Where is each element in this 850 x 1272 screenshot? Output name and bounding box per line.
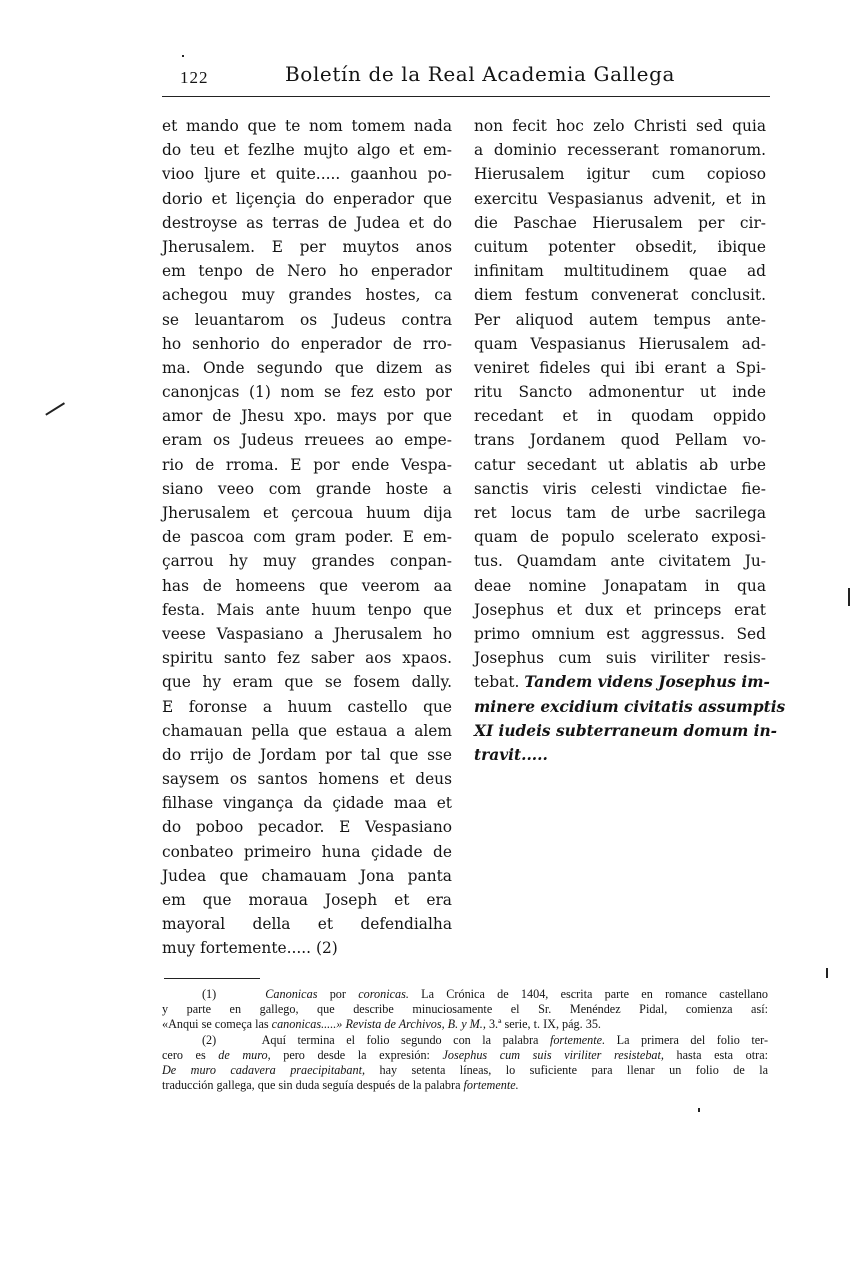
text-line: de pascoa com gram poder. E em- bbox=[162, 525, 452, 549]
footnote-1-line-1: (1) Canonicas por coronicas. La Crónica … bbox=[162, 987, 768, 1002]
text-line: mayoral della et defendialha bbox=[162, 912, 452, 936]
text-plain: hasta esta otra: bbox=[664, 1048, 768, 1062]
text-line: has de homeens que veerom aa bbox=[162, 574, 452, 598]
text-line: primo omnium est aggressus. Sed bbox=[474, 622, 766, 646]
page-header: 122 Boletín de la Real Academia Gallega bbox=[162, 62, 770, 92]
scan-mark bbox=[45, 402, 64, 415]
text-line-italic: XI iudeis subterraneum domum in- bbox=[474, 719, 766, 743]
text-line: veniret fideles qui ibi erant a Spi- bbox=[474, 356, 766, 380]
text-line: do rrijo de Jordam por tal que sse bbox=[162, 743, 452, 767]
text-line: Judea que chamauam Jona panta bbox=[162, 864, 452, 888]
text-line: exercitu Vespasianus advenit, et in bbox=[474, 187, 766, 211]
text-line: non fecit hoc zelo Christi sed quia bbox=[474, 114, 766, 138]
text-line: Josephus et dux et princeps erat bbox=[474, 598, 766, 622]
text-italic: Canonicas bbox=[265, 987, 317, 1001]
text-italic: De muro cadavera praecipitabant, bbox=[162, 1063, 365, 1077]
footnote-separator bbox=[164, 978, 260, 979]
text-line: se leuantarom os Judeus contra bbox=[162, 308, 452, 332]
text-plain: Aquí termina el folio segundo con la pal… bbox=[251, 1033, 550, 1047]
text-line: siano veeo com grande hoste a bbox=[162, 477, 452, 501]
text-line: vioo ljure et quite..... gaanhou po- bbox=[162, 162, 452, 186]
text-line: destroyse as terras de Judea et do bbox=[162, 211, 452, 235]
text-plain: La primera del folio ter- bbox=[605, 1033, 768, 1047]
text-line: recedant et in quodam oppido bbox=[474, 404, 766, 428]
text-line: E foronse a huum castello que bbox=[162, 695, 452, 719]
text-plain: por bbox=[317, 987, 358, 1001]
text-plain: cero es bbox=[162, 1048, 218, 1062]
text-line: festa. Mais ante huum tenpo que bbox=[162, 598, 452, 622]
right-column-latin-text: non fecit hoc zelo Christi sed quiaa dom… bbox=[474, 114, 766, 767]
text-line: em que moraua Joseph et era bbox=[162, 888, 452, 912]
footnote-1-line-2: y parte en gallego, que describe minucio… bbox=[162, 1002, 768, 1017]
scan-mark bbox=[826, 968, 828, 978]
text-line: spiritu santo fez saber aos xpaos. bbox=[162, 646, 452, 670]
text-line: ritu Sancto admonentur ut inde bbox=[474, 380, 766, 404]
text-plain: tebat. bbox=[474, 673, 524, 691]
text-line: deae nomine Jonapatam in qua bbox=[474, 574, 766, 598]
text-line: trans Jordanem quod Pellam vo- bbox=[474, 428, 766, 452]
document-page: 122 Boletín de la Real Academia Gallega … bbox=[0, 0, 850, 1272]
footnote-2-line-1: (2) Aquí termina el folio segundo con la… bbox=[162, 1033, 768, 1048]
text-line: quam de populo scelerato exposi- bbox=[474, 525, 766, 549]
footnote-marker: (1) bbox=[202, 987, 216, 1001]
text-line: a dominio recesserant romanorum. bbox=[474, 138, 766, 162]
text-line: muy fortemente..... (2) bbox=[162, 936, 452, 960]
text-line: Jherusalem. E per muytos anos bbox=[162, 235, 452, 259]
mixed-line: tebat. Tandem videns Josephus im- bbox=[474, 670, 766, 694]
text-line: et mando que te nom tomem nada bbox=[162, 114, 452, 138]
text-line: rio de rroma. E por ende Vespa- bbox=[162, 453, 452, 477]
text-italic: fortemente. bbox=[550, 1033, 605, 1047]
text-italic: fortemente. bbox=[464, 1078, 519, 1092]
text-italic: Revista de Archivos, B. y M., bbox=[342, 1017, 486, 1031]
text-plain: «Anqui se começa las bbox=[162, 1017, 272, 1031]
text-line: eram os Judeus rreuees ao empe- bbox=[162, 428, 452, 452]
text-plain: traducción gallega, que sin duda seguía … bbox=[162, 1078, 464, 1092]
scan-mark bbox=[698, 1108, 700, 1112]
text-plain: pero desde la expresión: bbox=[271, 1048, 443, 1062]
text-line: quam Vespasianus Hierusalem ad- bbox=[474, 332, 766, 356]
text-plain: hay setenta líneas, lo suficiente para l… bbox=[365, 1063, 768, 1077]
footnote-2-line-2: cero es de muro, pero desde la expresión… bbox=[162, 1048, 768, 1063]
text-line: catur secedant ut ablatis ab urbe bbox=[474, 453, 766, 477]
page-number: 122 bbox=[180, 68, 209, 88]
text-line: em tenpo de Nero ho enperador bbox=[162, 259, 452, 283]
text-line: tus. Quamdam ante civitatem Ju- bbox=[474, 549, 766, 573]
text-line: Jherusalem et çercoua huum dija bbox=[162, 501, 452, 525]
footnote-2-line-4: traducción gallega, que sin duda seguía … bbox=[162, 1078, 768, 1093]
text-line: Per aliquod autem tempus ante- bbox=[474, 308, 766, 332]
text-italic: Tandem videns Josephus im- bbox=[524, 673, 770, 691]
text-line: Josephus cum suis viriliter resis- bbox=[474, 646, 766, 670]
text-line: cuitum potenter obsedit, ibique bbox=[474, 235, 766, 259]
header-rule bbox=[162, 96, 770, 97]
text-line: çarrou hy muy grandes conpan- bbox=[162, 549, 452, 573]
text-line: canonjcas (1) nom se fez esto por bbox=[162, 380, 452, 404]
footnotes: (1) Canonicas por coronicas. La Crónica … bbox=[162, 987, 768, 1093]
text-line: Hierusalem igitur cum copioso bbox=[474, 162, 766, 186]
text-line: saysem os santos homens et deus bbox=[162, 767, 452, 791]
text-line: ret locus tam de urbe sacrilega bbox=[474, 501, 766, 525]
text-line: achegou muy grandes hostes, ca bbox=[162, 283, 452, 307]
text-italic: de muro, bbox=[218, 1048, 270, 1062]
text-italic: Josephus cum suis viriliter resistebat, bbox=[443, 1048, 664, 1062]
left-column-galician-text: et mando que te nom tomem nadado teu et … bbox=[162, 114, 452, 961]
text-line-italic: travit..... bbox=[474, 743, 766, 767]
text-line: die Paschae Hierusalem per cir- bbox=[474, 211, 766, 235]
text-line: conbateo primeiro huna çidade de bbox=[162, 840, 452, 864]
text-line: chamauan pella que estaua a alem bbox=[162, 719, 452, 743]
text-line: infinitam multitudinem quae ad bbox=[474, 259, 766, 283]
text-line-italic: minere excidium civitatis assumptis bbox=[474, 695, 766, 719]
text-line: dorio et liçençia do enperador que bbox=[162, 187, 452, 211]
text-line: diem festum convenerat conclusit. bbox=[474, 283, 766, 307]
text-line: do teu et fezlhe mujto algo et em- bbox=[162, 138, 452, 162]
text-line: veese Vaspasiano a Jherusalem ho bbox=[162, 622, 452, 646]
footnote-2-line-3: De muro cadavera praecipitabant, hay set… bbox=[162, 1063, 768, 1078]
footnote-1-line-3: «Anqui se começa las canonicas.....» Rev… bbox=[162, 1017, 768, 1032]
text-line: do poboo pecador. E Vespasiano bbox=[162, 815, 452, 839]
text-line: amor de Jhesu xpo. mays por que bbox=[162, 404, 452, 428]
text-italic: canonicas.....» bbox=[272, 1017, 343, 1031]
text-italic: coronicas. bbox=[358, 987, 409, 1001]
text-line: que hy eram que se fosem dally. bbox=[162, 670, 452, 694]
scan-mark bbox=[182, 55, 184, 57]
footnote-marker: (2) bbox=[202, 1033, 216, 1047]
text-plain: 3.ª serie, t. IX, pág. 35. bbox=[486, 1017, 601, 1031]
text-line: ma. Onde segundo que dizem as bbox=[162, 356, 452, 380]
text-plain: La Crónica de 1404, escrita parte en rom… bbox=[409, 987, 768, 1001]
text-line: filhase vingança da çidade maa et bbox=[162, 791, 452, 815]
running-title: Boletín de la Real Academia Gallega bbox=[285, 62, 675, 86]
text-line: ho senhorio do enperador de rro- bbox=[162, 332, 452, 356]
text-line: sanctis viris celesti vindictae fie- bbox=[474, 477, 766, 501]
